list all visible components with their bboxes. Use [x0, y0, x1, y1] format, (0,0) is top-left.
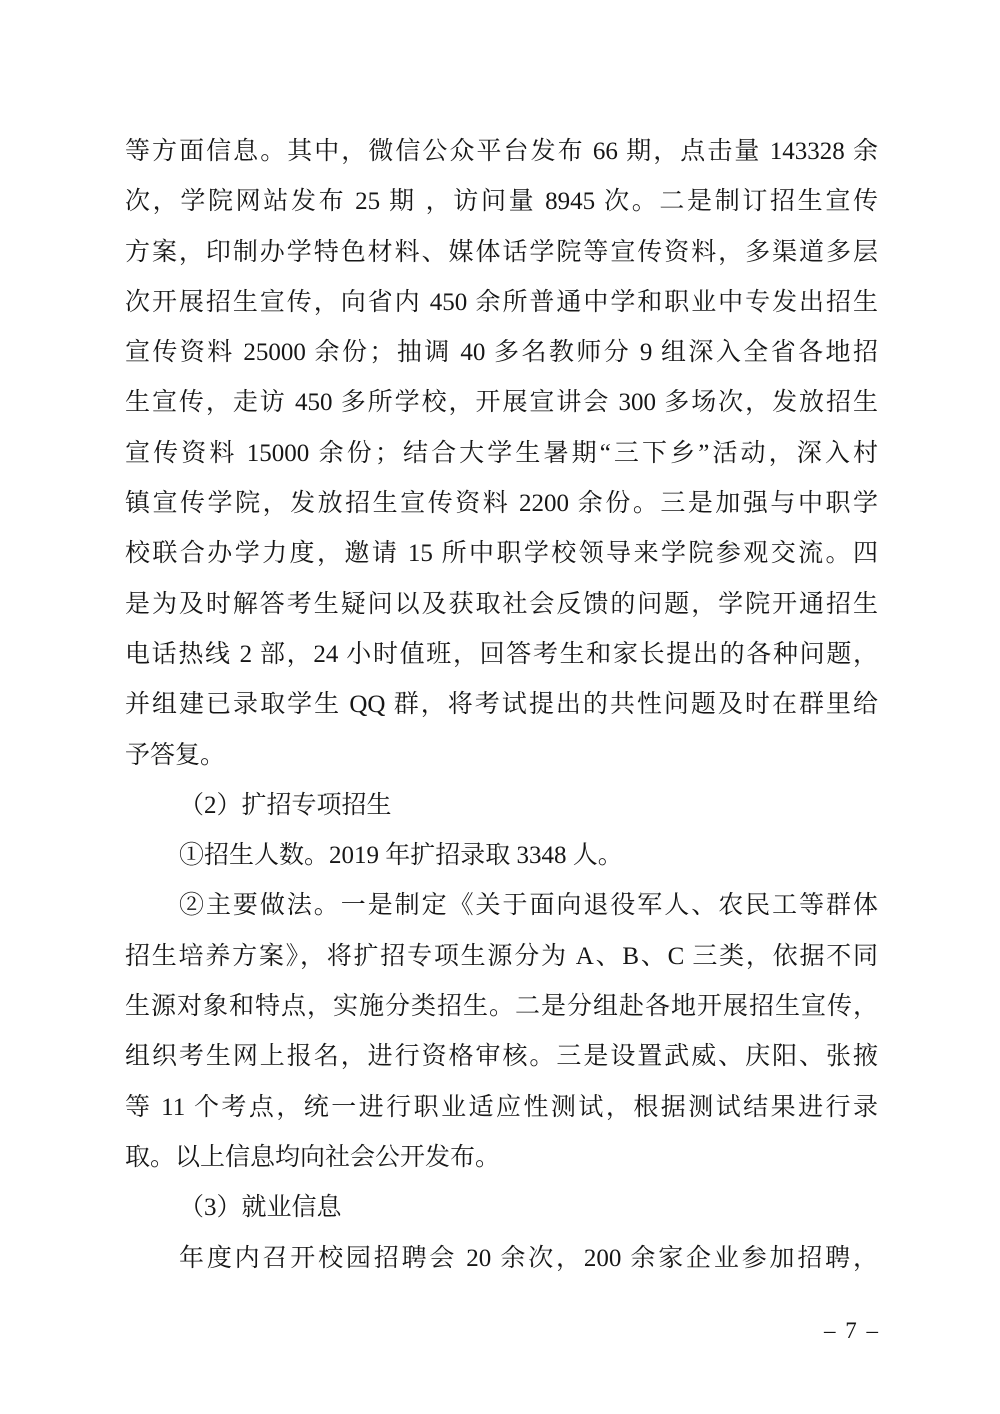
text-line-10: 是为及时解答考生疑问以及获取社会反馈的问题，学院开通招生: [125, 580, 878, 630]
text-line-4: 次开展招生宣传，向省内 450 余所普通中学和职业中专发出招生: [125, 278, 878, 328]
text-line-2: 次，学院网站发布 25 期 ，访问量 8945 次。二是制订招生宣传: [125, 177, 878, 227]
text-line-23: 年度内召开校园招聘会 20 余次，200 余家企业参加招聘，: [125, 1234, 878, 1284]
text-line-3: 方案，印制办学特色材料、媒体话学院等宣传资料，多渠道多层: [125, 228, 878, 278]
text-line-15: ①招生人数。2019 年扩招录取 3348 人。: [125, 831, 878, 881]
text-line-13: 予答复。: [125, 731, 878, 781]
text-line-17: 招生培养方案》，将扩招专项生源分为 A、B、C 三类，依据不同: [125, 932, 878, 982]
text-line-19: 组织考生网上报名，进行资格审核。三是设置武威、庆阳、张掖: [125, 1032, 878, 1082]
text-line-22: （3）就业信息: [125, 1183, 878, 1233]
text-line-9: 校联合办学力度，邀请 15 所中职学校领导来学院参观交流。四: [125, 529, 878, 579]
text-line-11: 电话热线 2 部，24 小时值班，回答考生和家长提出的各种问题，: [125, 630, 878, 680]
text-line-12: 并组建已录取学生 QQ 群，将考试提出的共性问题及时在群里给: [125, 680, 878, 730]
text-line-5: 宣传资料 25000 余份；抽调 40 多名教师分 9 组深入全省各地招: [125, 328, 878, 378]
text-line-21: 取。以上信息均向社会公开发布。: [125, 1133, 878, 1183]
text-line-8: 镇宣传学院，发放招生宣传资料 2200 余份。三是加强与中职学: [125, 479, 878, 529]
text-line-16: ②主要做法。一是制定《关于面向退役军人、农民工等群体: [125, 881, 878, 931]
text-line-7: 宣传资料 15000 余份；结合大学生暑期“三下乡”活动，深入村: [125, 429, 878, 479]
document-body-text: 等方面信息。其中，微信公众平台发布 66 期，点击量 143328 余次，学院网…: [125, 127, 878, 1284]
text-line-18: 生源对象和特点，实施分类招生。二是分组赴各地开展招生宣传，: [125, 982, 878, 1032]
text-line-6: 生宣传，走访 450 多所学校，开展宣讲会 300 多场次，发放招生: [125, 378, 878, 428]
text-line-14: （2）扩招专项招生: [125, 781, 878, 831]
document-page: 等方面信息。其中，微信公众平台发布 66 期，点击量 143328 余次，学院网…: [0, 0, 1000, 1414]
page-number: – 7 –: [824, 1316, 880, 1346]
text-line-20: 等 11 个考点，统一进行职业适应性测试，根据测试结果进行录: [125, 1083, 878, 1133]
text-line-1: 等方面信息。其中，微信公众平台发布 66 期，点击量 143328 余: [125, 127, 878, 177]
